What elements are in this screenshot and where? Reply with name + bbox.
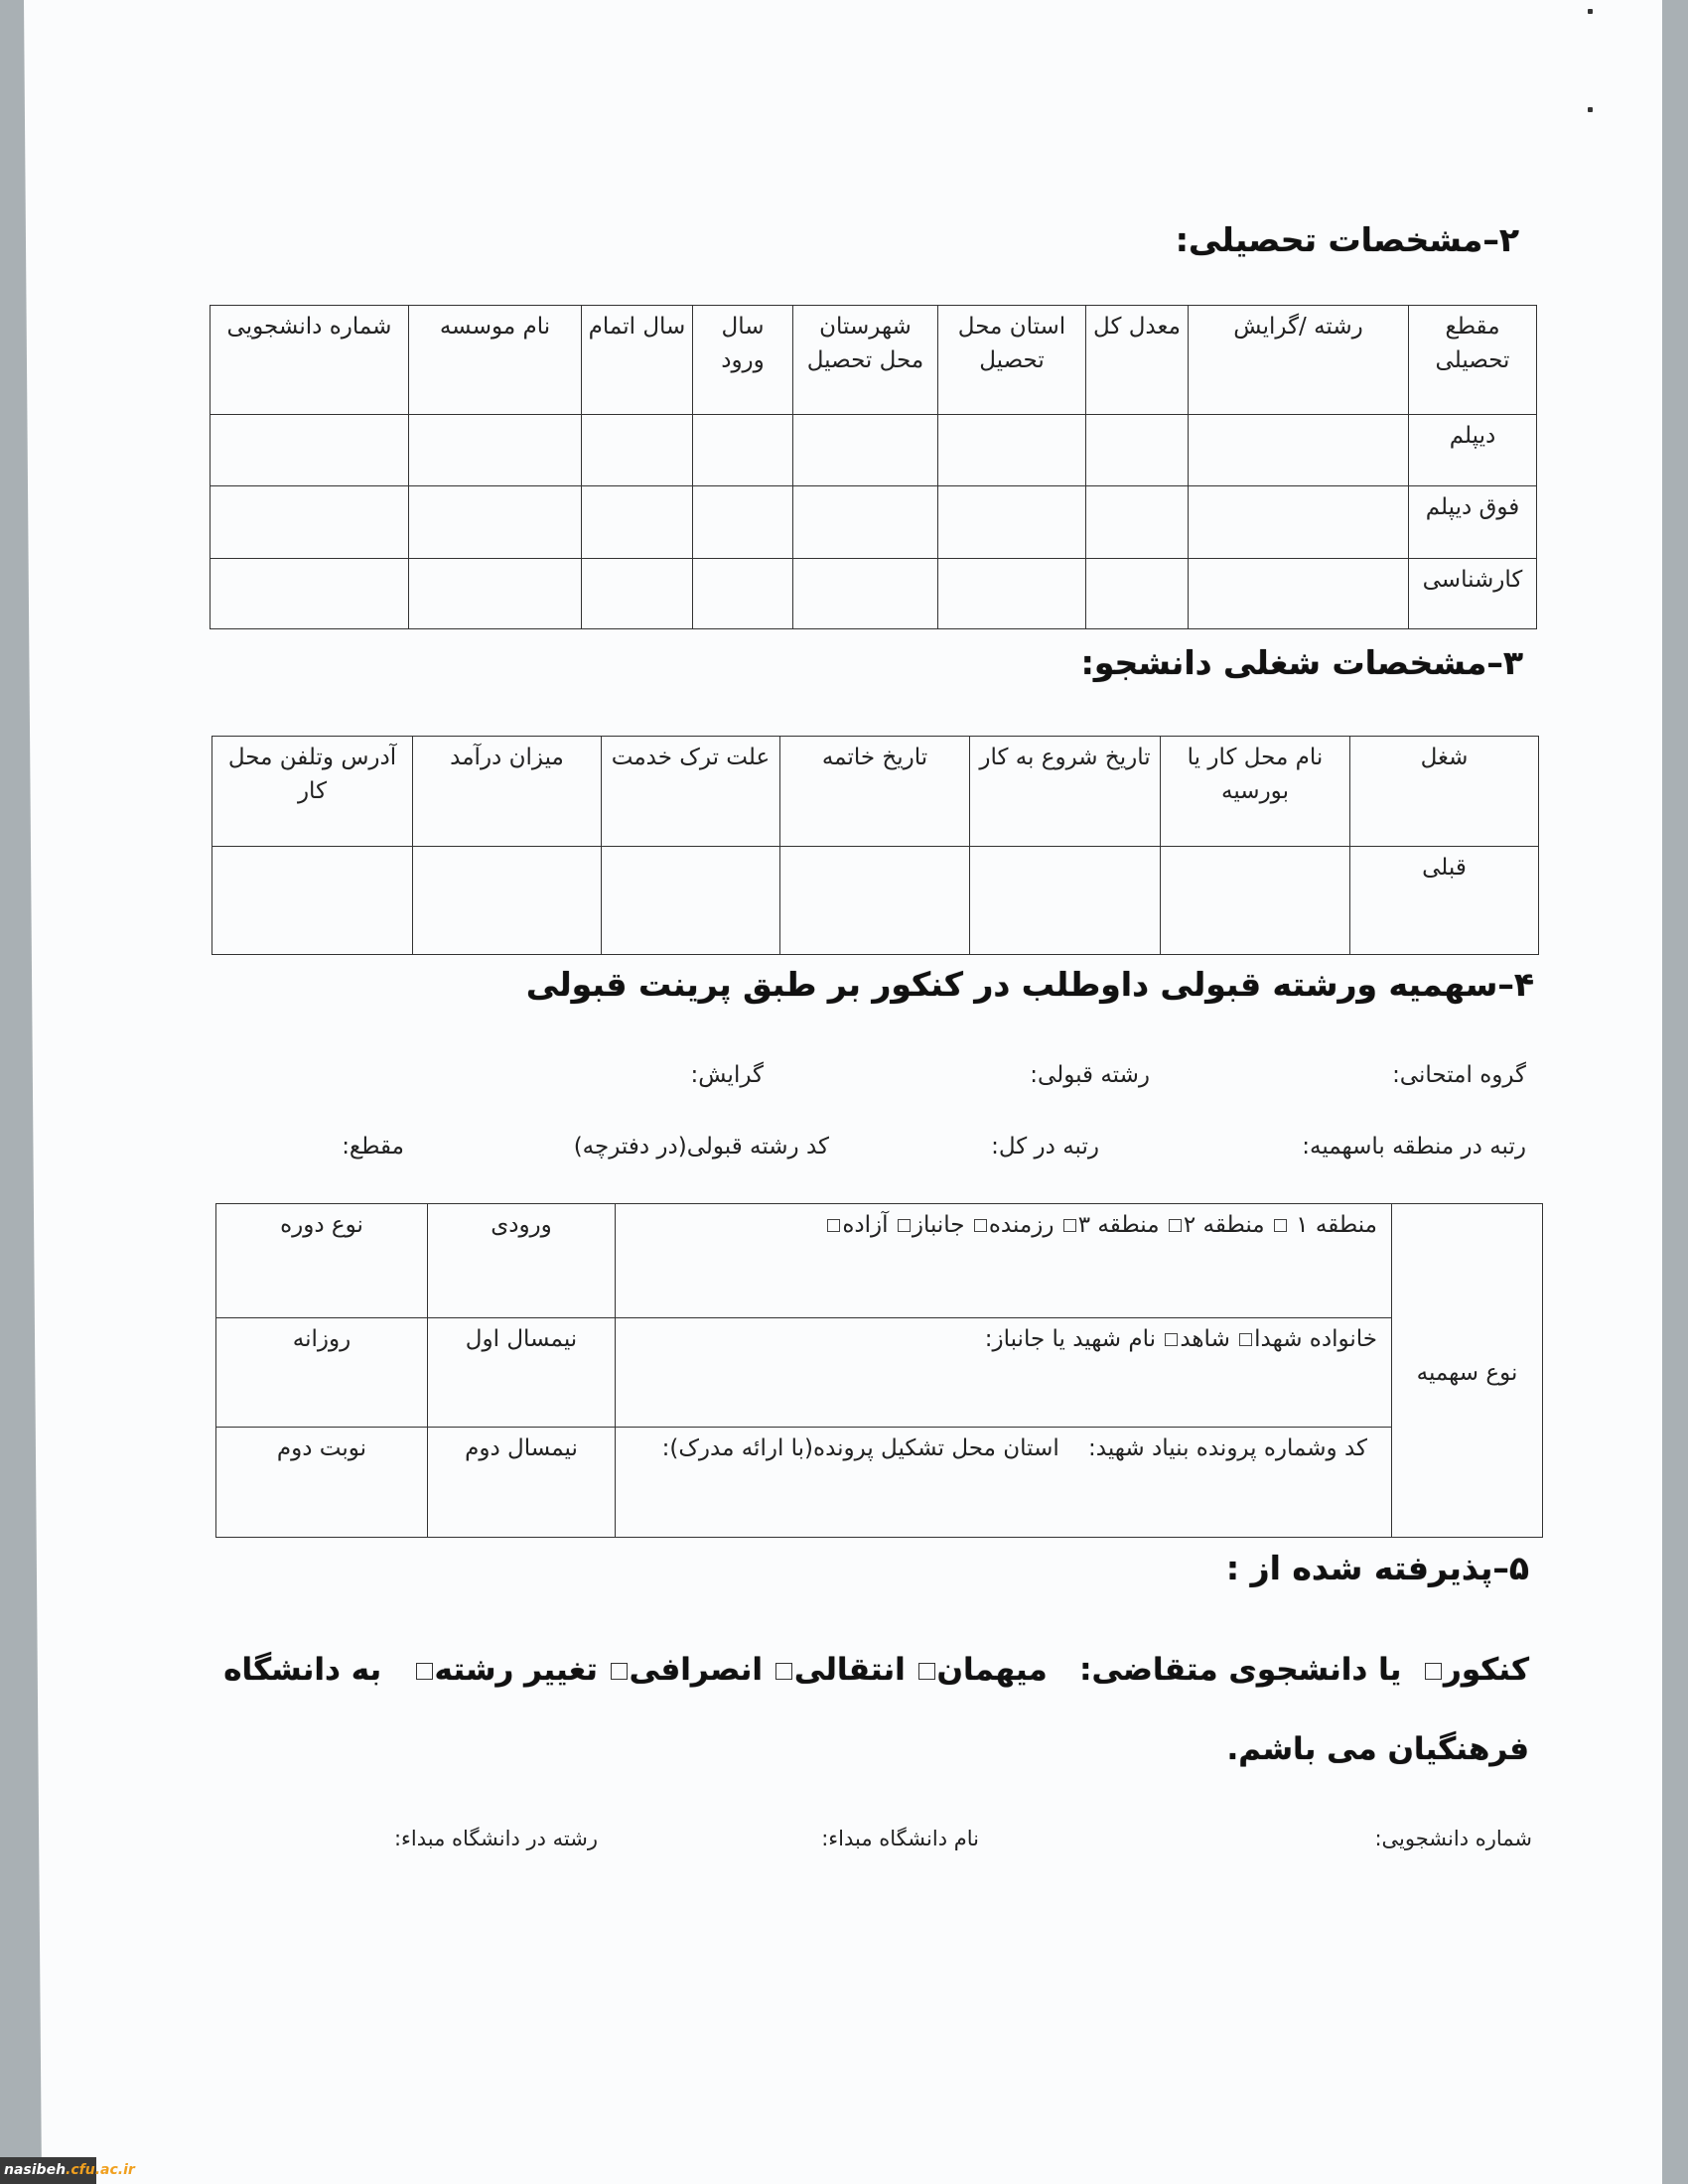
- cell-input[interactable]: [1086, 559, 1189, 629]
- martyr-file-code-label: کد وشماره پرونده بنیاد شهید:: [1088, 1435, 1367, 1461]
- cell-input[interactable]: [211, 559, 409, 629]
- cell-input[interactable]: [413, 847, 602, 955]
- degree-level-label: مقطع:: [342, 1134, 404, 1160]
- quota-martyr-options: خانواده شهدا شاهد نام شهید یا جانباز:: [616, 1318, 1392, 1428]
- to-university-label: به دانشگاه: [223, 1652, 381, 1688]
- header-income: میزان درآمد: [413, 737, 602, 847]
- entry-first-semester: نیمسال اول: [428, 1318, 616, 1428]
- cell-input[interactable]: [938, 486, 1086, 559]
- header-city: شهرستان محل تحصیل: [793, 306, 938, 415]
- table-row: قبلی: [212, 847, 1539, 955]
- option-region-3: منطقه ۳: [1078, 1212, 1160, 1238]
- header-major: رشته /گرایش: [1189, 306, 1409, 415]
- cell-input[interactable]: [409, 415, 582, 486]
- cell-input[interactable]: [582, 559, 693, 629]
- origin-major-label: رشته در دانشگاه مبداء:: [394, 1827, 598, 1850]
- row-label-associate: فوق دیپلم: [1409, 486, 1537, 559]
- quota-region-options: منطقه ۱ منطقه ۲ منطقه ۳ رزمنده جانباز آز…: [616, 1204, 1392, 1318]
- checkbox-region-3[interactable]: [1063, 1219, 1076, 1232]
- header-student-number: شماره دانشجویی: [211, 306, 409, 415]
- option-konkur: کنکور: [1444, 1652, 1529, 1688]
- option-withdrawal: انصرافی: [630, 1652, 763, 1688]
- regional-rank-label: رتبه در منطقه باسهمیه:: [1302, 1134, 1526, 1160]
- admission-type-line: کنکور یا دانشجوی متقاضی: میهمان انتقالی …: [223, 1652, 1529, 1688]
- cell-input[interactable]: [409, 486, 582, 559]
- option-martyr-family: خانواده شهدا: [1254, 1326, 1377, 1352]
- cell-input[interactable]: [693, 415, 793, 486]
- cell-input[interactable]: [211, 486, 409, 559]
- cell-input[interactable]: [693, 486, 793, 559]
- quota-row: کد وشماره پرونده بنیاد شهید: استان محل ت…: [216, 1428, 1543, 1538]
- scan-speck: [1588, 9, 1593, 14]
- watermark-domain: .cfu.ac.ir: [66, 2162, 135, 2178]
- cell-input[interactable]: [793, 559, 938, 629]
- header-job: شغل: [1350, 737, 1539, 847]
- entry-header: ورودی: [428, 1204, 616, 1318]
- education-header-row: مقطع تحصیلی رشته /گرایش معدل کل استان مح…: [211, 306, 1537, 415]
- checkbox-shahed[interactable]: [1165, 1333, 1178, 1346]
- checkbox-transfer[interactable]: [775, 1663, 792, 1680]
- header-address-phone: آدرس وتلفن محل کار: [212, 737, 413, 847]
- option-transfer: انتقالی: [794, 1652, 906, 1688]
- cell-input[interactable]: [693, 559, 793, 629]
- watermark: nasibeh.cfu.ac.ir: [0, 2157, 96, 2184]
- checkbox-region-1[interactable]: [1274, 1219, 1287, 1232]
- section3-title: ۳–مشخصات شغلی دانشجو:: [1081, 643, 1523, 682]
- checkbox-disabled-veteran[interactable]: [898, 1219, 911, 1232]
- table-row: دیپلم: [211, 415, 1537, 486]
- watermark-name: nasibeh: [4, 2162, 66, 2178]
- option-guest: میهمان: [937, 1652, 1048, 1688]
- section5-title: ۵–پذیرفته شده از :: [1226, 1549, 1529, 1587]
- header-end-date: تاریخ خاتمه: [780, 737, 970, 847]
- major-code-label: کد رشته قبولی(در دفترچه): [574, 1134, 829, 1160]
- quota-table: نوع سهمیه منطقه ۱ منطقه ۲ منطقه ۳ رزمنده…: [215, 1203, 1543, 1538]
- cell-input[interactable]: [582, 486, 693, 559]
- cell-input[interactable]: [211, 415, 409, 486]
- option-veteran: رزمنده: [989, 1212, 1055, 1238]
- cell-input[interactable]: [212, 847, 413, 955]
- quota-row: خانواده شهدا شاهد نام شهید یا جانباز: نی…: [216, 1318, 1543, 1428]
- course-type-header: نوع دوره: [216, 1204, 428, 1318]
- checkbox-veteran[interactable]: [974, 1219, 987, 1232]
- cell-input[interactable]: [938, 559, 1086, 629]
- header-entry-year: سال ورود: [693, 306, 793, 415]
- cell-input[interactable]: [938, 415, 1086, 486]
- cell-input[interactable]: [602, 847, 780, 955]
- checkbox-major-change[interactable]: [416, 1663, 433, 1680]
- course-evening: نوبت دوم: [216, 1428, 428, 1538]
- option-major-change: تغییر رشته: [435, 1652, 598, 1688]
- origin-university-label: نام دانشگاه مبداء:: [821, 1827, 979, 1850]
- employment-header-row: شغل نام محل کار یا بورسیه تاریخ شروع به …: [212, 737, 1539, 847]
- section2-title: ۲–مشخصات تحصیلی:: [1176, 220, 1519, 259]
- cell-input[interactable]: [793, 415, 938, 486]
- cell-input[interactable]: [793, 486, 938, 559]
- cell-input[interactable]: [409, 559, 582, 629]
- cell-input[interactable]: [1189, 559, 1409, 629]
- row-label-diploma: دیپلم: [1409, 415, 1537, 486]
- exam-group-label: گروه امتحانی:: [1392, 1062, 1526, 1088]
- header-end-year: سال اتمام: [582, 306, 693, 415]
- file-province-label: استان محل تشکیل پرونده(با ارائه مدرک):: [662, 1435, 1059, 1461]
- row-label-bachelor: کارشناسی: [1409, 559, 1537, 629]
- cell-input[interactable]: [970, 847, 1161, 955]
- martyr-name-label: نام شهید یا جانباز:: [985, 1326, 1156, 1352]
- applicant-label: یا دانشجوی متقاضی:: [1079, 1652, 1401, 1688]
- checkbox-region-2[interactable]: [1169, 1219, 1182, 1232]
- scan-speck: [1588, 107, 1593, 112]
- checkbox-guest[interactable]: [918, 1663, 935, 1680]
- section4-title: ۴–سهمیه ورشته قبولی داوطلب در کنکور بر ط…: [526, 965, 1534, 1004]
- course-daytime: روزانه: [216, 1318, 428, 1428]
- quota-type-label: نوع سهمیه: [1392, 1204, 1543, 1538]
- checkbox-konkur[interactable]: [1425, 1663, 1442, 1680]
- entry-second-semester: نیمسال دوم: [428, 1428, 616, 1538]
- header-workplace: نام محل کار یا بورسیه: [1161, 737, 1350, 847]
- table-row: کارشناسی: [211, 559, 1537, 629]
- row-label-previous: قبلی: [1350, 847, 1539, 955]
- table-row: فوق دیپلم: [211, 486, 1537, 559]
- quota-row: نوع سهمیه منطقه ۱ منطقه ۲ منطقه ۳ رزمنده…: [216, 1204, 1543, 1318]
- overall-rank-label: رتبه در کل:: [991, 1134, 1099, 1160]
- option-region-2: منطقه ۲: [1184, 1212, 1265, 1238]
- header-institution: نام موسسه: [409, 306, 582, 415]
- checkbox-freed-pow[interactable]: [827, 1219, 840, 1232]
- employment-table: شغل نام محل کار یا بورسیه تاریخ شروع به …: [211, 736, 1539, 955]
- cell-input[interactable]: [1161, 847, 1350, 955]
- cell-input[interactable]: [780, 847, 970, 955]
- option-disabled-veteran: جانباز: [913, 1212, 965, 1238]
- checkbox-martyr-family[interactable]: [1239, 1333, 1252, 1346]
- cell-input[interactable]: [1189, 415, 1409, 486]
- student-number-label: شماره دانشجویی:: [1374, 1827, 1532, 1850]
- accepted-major-label: رشته قبولی:: [1030, 1062, 1150, 1088]
- checkbox-withdrawal[interactable]: [611, 1663, 628, 1680]
- cell-input[interactable]: [1189, 486, 1409, 559]
- header-province: استان محل تحصیل: [938, 306, 1086, 415]
- header-start-date: تاریخ شروع به کار: [970, 737, 1161, 847]
- cell-input[interactable]: [1086, 415, 1189, 486]
- header-level: مقطع تحصیلی: [1409, 306, 1537, 415]
- cell-input[interactable]: [1086, 486, 1189, 559]
- specialization-label: گرایش:: [690, 1062, 764, 1088]
- option-shahed: شاهد: [1180, 1326, 1229, 1352]
- quota-file-info: کد وشماره پرونده بنیاد شهید: استان محل ت…: [616, 1428, 1392, 1538]
- option-freed-pow: آزاده: [842, 1212, 888, 1238]
- admission-line2: فرهنگیان می باشم.: [1226, 1731, 1529, 1767]
- education-table: مقطع تحصیلی رشته /گرایش معدل کل استان مح…: [210, 305, 1537, 629]
- header-leave-reason: علت ترک خدمت: [602, 737, 780, 847]
- header-gpa: معدل کل: [1086, 306, 1189, 415]
- cell-input[interactable]: [582, 415, 693, 486]
- option-region-1: منطقه ۱: [1296, 1212, 1377, 1238]
